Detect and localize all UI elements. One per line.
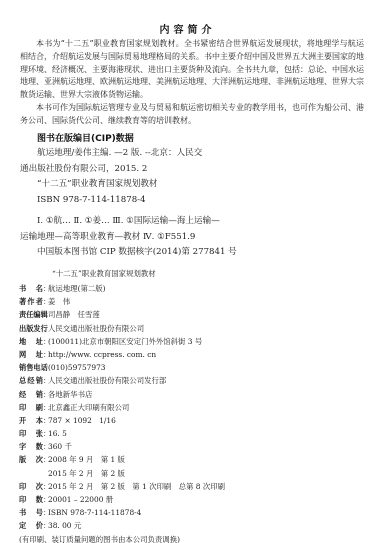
quality-guarantee-note: (有印刷、装订质量问题的图书由本公司负责调换) [19, 533, 359, 543]
colophon-value: 2008 年 9 月 第 1 版 [48, 453, 125, 466]
colophon-value: 360 千 [48, 440, 72, 453]
intro-paragraph: 本书可作为国际航运管理专业及与贸易和航运密切相关专业的教学用书，也可作为船公司、… [20, 102, 364, 128]
series-title: “十二五”职业教育国家规划教材 [52, 268, 156, 279]
colophon-row: 地址：(100011)北京市朝阳区安定门外外馆斜街 3 号 [19, 335, 359, 348]
intro-title: 内容简介 [0, 21, 375, 36]
colophon-label: 印数 [19, 493, 43, 506]
colophon-label: 开本 [19, 414, 43, 427]
colophon-label: 印张 [19, 427, 43, 440]
colophon-value: 司昌静 任雪莲 [48, 308, 100, 321]
cip-isbn: ISBN 978-7-114-11878-4 [20, 193, 260, 209]
colophon-value: 航运地理(第二版) [48, 282, 106, 295]
colophon-row: 责任编辑：司昌静 任雪莲 [19, 308, 359, 321]
colophon-row: 印张：16. 5 [19, 427, 359, 440]
colophon-label: 书名 [19, 282, 43, 295]
colophon-row: 2015 年 2 月 第 2 版 [19, 467, 359, 480]
cip-line: “十二五”职业教育国家规划教材 [20, 177, 260, 193]
cip-heading: 图书在版编目(CIP)数据 [37, 131, 134, 144]
colophon-label: 定价 [19, 519, 43, 532]
colophon-row: 版次：2008 年 9 月 第 1 版 [19, 453, 359, 466]
colophon: 书名：航运地理(第二版)著作者：姜 伟责任编辑：司昌静 任雪莲出版发行：人民交通… [19, 282, 359, 543]
colophon-row: 书名：航运地理(第二版) [19, 282, 359, 295]
colophon-value: 2015 年 2 月 第 2 版 [19, 467, 125, 480]
colophon-row: 书号：ISBN 978-7-114-11878-4 [19, 506, 359, 519]
colophon-label: 版次 [19, 453, 43, 466]
colophon-value: 16. 5 [48, 427, 67, 440]
colophon-value: ISBN 978-7-114-11878-4 [48, 506, 141, 519]
colophon-value: 姜 伟 [48, 295, 70, 308]
colophon-label: 出版发行 [19, 322, 43, 335]
colophon-value: 20001 – 22000 册 [48, 493, 113, 506]
colophon-row: 印刷：北京鑫正大印刷有限公司 [19, 401, 359, 414]
colophon-label: 网址 [19, 348, 43, 361]
colophon-row: 出版发行：人民交通出版社股份有限公司 [19, 322, 359, 335]
cip-line: 运输地理—高等职业教育—教材 Ⅳ. ①F551.9 [20, 230, 260, 246]
colophon-label: 经销 [19, 388, 43, 401]
colophon-value: 787 × 1092 1/16 [48, 414, 116, 427]
colophon-label: 销售电话 [19, 361, 43, 374]
colophon-label: 责任编辑 [19, 308, 43, 321]
cip-line: Ⅰ. ①航… Ⅱ. ①姜… Ⅲ. ①国际运输—海上运输— [20, 214, 260, 230]
colophon-label: 书号 [19, 506, 43, 519]
colophon-label: 地址 [19, 335, 43, 348]
colophon-row: 定价：38. 00 元 [19, 519, 359, 532]
copyright-page: 内容简介 本书为“十二五”职业教育国家规划教材。全书紧密结合世界航运发展现状，将… [0, 0, 375, 543]
colophon-value: (010)59757973 [48, 361, 106, 374]
colophon-value: 人民交通出版社股份有限公司 [48, 322, 144, 335]
colophon-row: 网址：http://www. ccpress. com. cn [19, 348, 359, 361]
colophon-row: 总经销：人民交通出版社股份有限公司发行部 [19, 374, 359, 387]
colophon-value: 38. 00 元 [48, 519, 81, 532]
colophon-label: 著作者 [19, 295, 43, 308]
colophon-label: 字数 [19, 440, 43, 453]
cip-line: 航运地理/姜伟主编. —2 版. --北京：人民交 [20, 146, 260, 162]
intro-paragraph: 本书为“十二五”职业教育国家规划教材。全书紧密结合世界航运发展现状，将地理学与航… [20, 38, 364, 102]
colophon-value: (100011)北京市朝阳区安定门外外馆斜街 3 号 [48, 335, 202, 348]
cip-record-number: 中国版本图书馆 CIP 数据核字(2014)第 277841 号 [20, 245, 260, 261]
colophon-value: 2015 年 2 月 第 2 版 第 1 次印刷 总第 8 次印刷 [48, 480, 225, 493]
colophon-label: 印次 [19, 480, 43, 493]
cip-block: 航运地理/姜伟主编. —2 版. --北京：人民交 通出版社股份有限公司，201… [20, 146, 260, 261]
colophon-value: 北京鑫正大印刷有限公司 [48, 401, 129, 414]
intro-body: 本书为“十二五”职业教育国家规划教材。全书紧密结合世界航运发展现状，将地理学与航… [20, 38, 364, 128]
colophon-value: http://www. ccpress. com. cn [48, 348, 156, 361]
colophon-label: 印刷 [19, 401, 43, 414]
colophon-row: 字数：360 千 [19, 440, 359, 453]
colophon-row: 开本：787 × 1092 1/16 [19, 414, 359, 427]
colophon-row: 著作者：姜 伟 [19, 295, 359, 308]
colophon-label: 总经销 [19, 374, 43, 387]
colophon-row: 销售电话：(010)59757973 [19, 361, 359, 374]
cip-line: 通出版社股份有限公司，2015. 2 [20, 162, 260, 178]
colophon-row: 印数：20001 – 22000 册 [19, 493, 359, 506]
colophon-row: 印次：2015 年 2 月 第 2 版 第 1 次印刷 总第 8 次印刷 [19, 480, 359, 493]
colophon-value: 各地新华书店 [48, 388, 92, 401]
colophon-row: 经销：各地新华书店 [19, 388, 359, 401]
colophon-value: 人民交通出版社股份有限公司发行部 [48, 374, 166, 387]
